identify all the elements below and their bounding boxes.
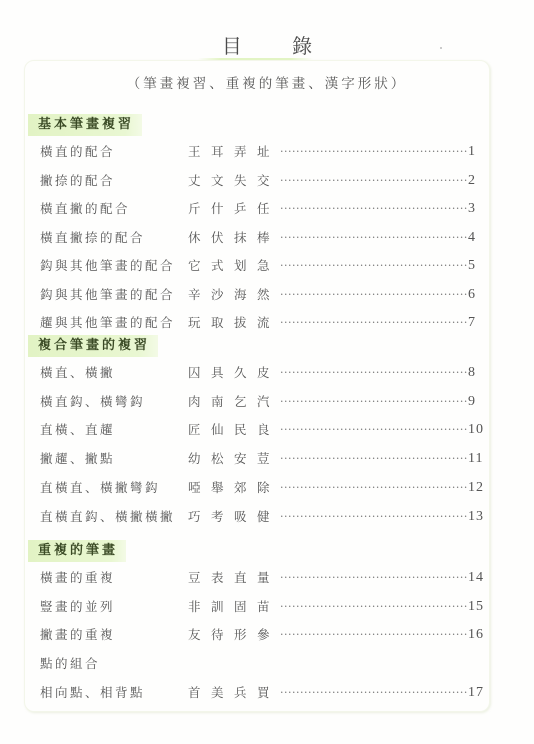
toc-entry[interactable]: 相向點、相背點首美兵買·····························… xyxy=(40,684,480,702)
example-char: 急 xyxy=(257,257,280,275)
toc-page-number: 13 xyxy=(468,508,480,526)
toc-entry-title: 撇趯、撇點 xyxy=(40,450,115,468)
example-char: 棒 xyxy=(257,229,280,247)
example-char: 划 xyxy=(234,257,257,275)
toc-entry-example-chars: 囚具久皮 xyxy=(188,364,280,382)
example-char: 安 xyxy=(234,450,257,468)
toc-entry-title: 直橫直、橫撇彎鈎 xyxy=(40,479,160,497)
toc-entry-example-chars: 休伏抹棒 xyxy=(188,229,280,247)
example-char: 豆 xyxy=(188,569,211,587)
dot-leader: ········································… xyxy=(280,626,468,644)
toc-entry-title: 直橫直鈎、橫撇橫撇 xyxy=(40,508,175,526)
section-heading: 基本筆畫複習 xyxy=(28,114,142,136)
toc-entry-example-chars: 幼松安荳 xyxy=(188,450,280,468)
example-char: 囚 xyxy=(188,364,211,382)
example-char: 乒 xyxy=(234,200,257,218)
toc-entry-title: 直橫、直趯 xyxy=(40,421,115,439)
toc-entry-example-chars: 非訓固苗 xyxy=(188,598,280,616)
example-char: 直 xyxy=(234,569,257,587)
example-char: 健 xyxy=(257,508,280,526)
dot-leader: ········································… xyxy=(280,569,468,587)
example-char: 什 xyxy=(211,200,234,218)
toc-entry-title: 鈎與其他筆畫的配合 xyxy=(40,286,175,304)
example-char: 玩 xyxy=(188,314,211,332)
example-char: 美 xyxy=(211,684,234,702)
example-char: 啞 xyxy=(188,479,211,497)
toc-page-number: 8 xyxy=(468,364,480,382)
dot-leader: ········································… xyxy=(280,257,468,275)
toc-entry-title: 橫直鈎、橫彎鈎 xyxy=(40,393,145,411)
toc-entry-title: 相向點、相背點 xyxy=(40,684,145,702)
example-char: 伏 xyxy=(211,229,234,247)
example-char: 流 xyxy=(257,314,280,332)
example-char: 松 xyxy=(211,450,234,468)
section-heading: 重複的筆畫 xyxy=(28,540,126,562)
example-char: 首 xyxy=(188,684,211,702)
toc-entry-title: 橫直撇的配合 xyxy=(40,200,130,218)
toc-entry[interactable]: 橫直撇的配合斤什乒任······························… xyxy=(40,200,480,218)
toc-entry-title: 豎畫的並列 xyxy=(40,598,115,616)
example-char: 然 xyxy=(257,286,280,304)
example-char: 形 xyxy=(234,626,257,644)
toc-entry[interactable]: 橫直、橫撇囚具久皮·······························… xyxy=(40,364,480,382)
toc-entry-title: 撇畫的重複 xyxy=(40,626,115,644)
toc-entry-title: 橫直撇捺的配合 xyxy=(40,229,145,247)
toc-entry-example-chars: 啞舉郊除 xyxy=(188,479,280,497)
toc-entry-title: 鈎與其他筆畫的配合 xyxy=(40,257,175,275)
toc-entry[interactable]: 鈎與其他筆畫的配合它式划急···························… xyxy=(40,257,480,275)
toc-entry-title: 橫畫的重複 xyxy=(40,569,115,587)
dot-leader: ········································… xyxy=(280,286,468,304)
example-char: 苗 xyxy=(257,598,280,616)
page-title: 目 錄 xyxy=(0,30,534,59)
toc-entry[interactable]: 直橫、直趯匠仙民良·······························… xyxy=(40,421,480,439)
example-char: 買 xyxy=(257,684,280,702)
toc-page-number: 2 xyxy=(468,172,480,190)
example-char: 任 xyxy=(257,200,280,218)
example-char: 拔 xyxy=(234,314,257,332)
toc-entry-example-chars: 玩取拔流 xyxy=(188,314,280,332)
toc-entry[interactable]: 鈎與其他筆畫的配合辛沙海然···························… xyxy=(40,286,480,304)
toc-page-number: 6 xyxy=(468,286,480,304)
dot-leader: ········································… xyxy=(280,143,468,161)
toc-entry[interactable]: 趯與其他筆畫的配合玩取拔流···························… xyxy=(40,314,480,332)
example-char: 參 xyxy=(257,626,280,644)
example-char: 幼 xyxy=(188,450,211,468)
dot-leader: ········································… xyxy=(280,314,468,332)
toc-page-number: 12 xyxy=(468,479,480,497)
example-char: 它 xyxy=(188,257,211,275)
example-char: 量 xyxy=(257,569,280,587)
example-char: 交 xyxy=(257,172,280,190)
dot-leader: ········································… xyxy=(280,479,468,497)
example-char: 抹 xyxy=(234,229,257,247)
toc-page-number: 10 xyxy=(468,421,480,439)
section-heading: 複合筆畫的複習 xyxy=(28,335,158,357)
toc-entry[interactable]: 直橫直、橫撇彎鈎啞舉郊除····························… xyxy=(40,479,480,497)
toc-entry-title: 撇捺的配合 xyxy=(40,172,115,190)
example-char: 非 xyxy=(188,598,211,616)
example-char: 友 xyxy=(188,626,211,644)
scan-speck xyxy=(440,47,442,49)
example-char: 荳 xyxy=(257,450,280,468)
toc-entry[interactable]: 撇趯、撇點幼松安荳·······························… xyxy=(40,450,480,468)
example-char: 兵 xyxy=(234,684,257,702)
dot-leader: ········································… xyxy=(280,684,468,702)
toc-entry[interactable]: 直橫直鈎、橫撇橫撇巧考吸健···························… xyxy=(40,508,480,526)
toc-page-number: 15 xyxy=(468,598,480,616)
dot-leader: ········································… xyxy=(280,393,468,411)
toc-entry-title: 橫直的配合 xyxy=(40,143,115,161)
example-char: 弄 xyxy=(234,143,257,161)
example-char: 皮 xyxy=(257,364,280,382)
dot-leader: ········································… xyxy=(280,450,468,468)
toc-entry-example-chars: 友待形參 xyxy=(188,626,280,644)
dot-leader: ········································… xyxy=(280,200,468,218)
toc-entry-example-chars: 豆表直量 xyxy=(188,569,280,587)
toc-page-number: 17 xyxy=(468,684,480,702)
toc-entry-title: 點的組合 xyxy=(40,655,100,673)
toc-entry-example-chars: 辛沙海然 xyxy=(188,286,280,304)
toc-entry-example-chars: 首美兵買 xyxy=(188,684,280,702)
example-char: 訓 xyxy=(211,598,234,616)
toc-entry-example-chars: 肉南乞汽 xyxy=(188,393,280,411)
example-char: 休 xyxy=(188,229,211,247)
example-char: 址 xyxy=(257,143,280,161)
toc-page-number: 11 xyxy=(468,450,480,468)
example-char: 久 xyxy=(234,364,257,382)
toc-entry[interactable]: 橫直鈎、橫彎鈎肉南乞汽·····························… xyxy=(40,393,480,411)
toc-entry-example-chars: 王耳弄址 xyxy=(188,143,280,161)
example-char: 辛 xyxy=(188,286,211,304)
toc-entry[interactable]: 撇捺的配合丈文失交·······························… xyxy=(40,172,480,190)
toc-entry-example-chars: 巧考吸健 xyxy=(188,508,280,526)
toc-entry-example-chars: 丈文失交 xyxy=(188,172,280,190)
example-char: 文 xyxy=(211,172,234,190)
example-char: 良 xyxy=(257,421,280,439)
example-char: 舉 xyxy=(211,479,234,497)
dot-leader: ········································… xyxy=(280,172,468,190)
dot-leader: ········································… xyxy=(280,229,468,247)
example-char: 待 xyxy=(211,626,234,644)
toc-entry-title: 橫直、橫撇 xyxy=(40,364,115,382)
toc-entry[interactable]: 點的組合 xyxy=(40,655,480,673)
toc-page-number: 9 xyxy=(468,393,480,411)
example-char: 耳 xyxy=(211,143,234,161)
toc-page-number: 4 xyxy=(468,229,480,247)
toc-entry-example-chars: 匠仙民良 xyxy=(188,421,280,439)
dot-leader: ········································… xyxy=(280,421,468,439)
dot-leader: ········································… xyxy=(280,598,468,616)
dot-leader: ········································… xyxy=(280,364,468,382)
toc-entry-example-chars: 它式划急 xyxy=(188,257,280,275)
toc-entry[interactable]: 橫直的配合王耳弄址·······························… xyxy=(40,143,480,161)
toc-page-number: 1 xyxy=(468,143,480,161)
example-char: 郊 xyxy=(234,479,257,497)
example-char: 肉 xyxy=(188,393,211,411)
toc-entry[interactable]: 豎畫的並列非訓固苗·······························… xyxy=(40,598,480,616)
toc-page-number: 16 xyxy=(468,626,480,644)
toc-page-number: 5 xyxy=(468,257,480,275)
example-char: 南 xyxy=(211,393,234,411)
toc-page-number: 3 xyxy=(468,200,480,218)
example-char: 固 xyxy=(234,598,257,616)
example-char: 吸 xyxy=(234,508,257,526)
example-char: 沙 xyxy=(211,286,234,304)
toc-entry[interactable]: 橫直撇捺的配合休伏抹棒·····························… xyxy=(40,229,480,247)
example-char: 汽 xyxy=(257,393,280,411)
example-char: 失 xyxy=(234,172,257,190)
example-char: 王 xyxy=(188,143,211,161)
example-char: 具 xyxy=(211,364,234,382)
toc-entry-title: 趯與其他筆畫的配合 xyxy=(40,314,175,332)
example-char: 除 xyxy=(257,479,280,497)
example-char: 匠 xyxy=(188,421,211,439)
example-char: 巧 xyxy=(188,508,211,526)
example-char: 乞 xyxy=(234,393,257,411)
example-char: 式 xyxy=(211,257,234,275)
example-char: 仙 xyxy=(211,421,234,439)
example-char: 考 xyxy=(211,508,234,526)
example-char: 民 xyxy=(234,421,257,439)
toc-entry-example-chars: 斤什乒任 xyxy=(188,200,280,218)
example-char: 取 xyxy=(211,314,234,332)
example-char: 海 xyxy=(234,286,257,304)
example-char: 表 xyxy=(211,569,234,587)
toc-entry[interactable]: 撇畫的重複友待形參·······························… xyxy=(40,626,480,644)
example-char: 丈 xyxy=(188,172,211,190)
toc-entry[interactable]: 橫畫的重複豆表直量·······························… xyxy=(40,569,480,587)
dot-leader: ········································… xyxy=(280,508,468,526)
toc-page-number: 7 xyxy=(468,314,480,332)
page-subtitle: （筆畫複習、重複的筆畫、漢字形狀） xyxy=(0,72,534,92)
toc-page-number: 14 xyxy=(468,569,480,587)
example-char: 斤 xyxy=(188,200,211,218)
